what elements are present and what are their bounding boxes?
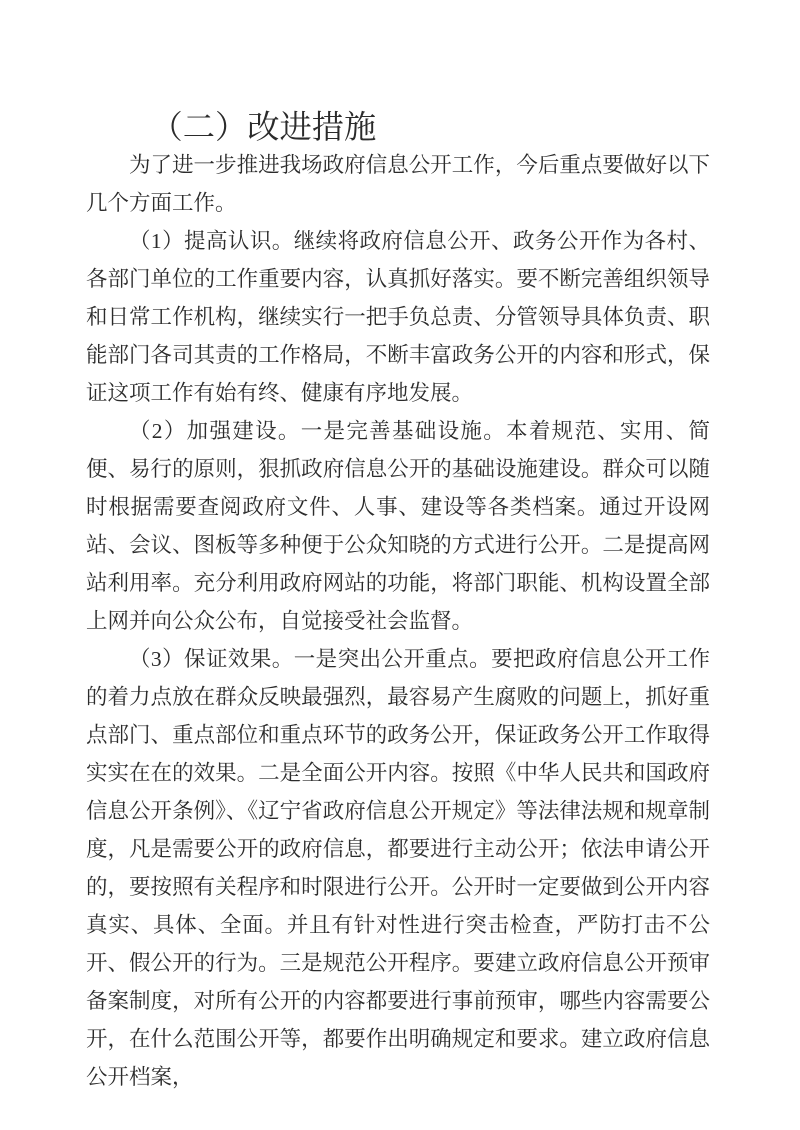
paragraph-item-2: （2）加强建设。一是完善基础设施。本着规范、实用、简便、易行的原则，狠抓政府信息… [86, 412, 710, 640]
paragraph-item-3: （3）保证效果。一是突出公开重点。要把政府信息公开工作的着力点放在群众反映最强烈… [86, 640, 710, 1096]
section-heading: （二）改进措施 [86, 108, 710, 146]
paragraph-intro: 为了进一步推进我场政府信息公开工作，今后重点要做好以下几个方面工作。 [86, 146, 710, 222]
paragraph-item-1: （1）提高认识。继续将政府信息公开、政务公开作为各村、各部门单位的工作重要内容，… [86, 222, 710, 412]
document-page: （二）改进措施 为了进一步推进我场政府信息公开工作，今后重点要做好以下几个方面工… [0, 0, 800, 1130]
